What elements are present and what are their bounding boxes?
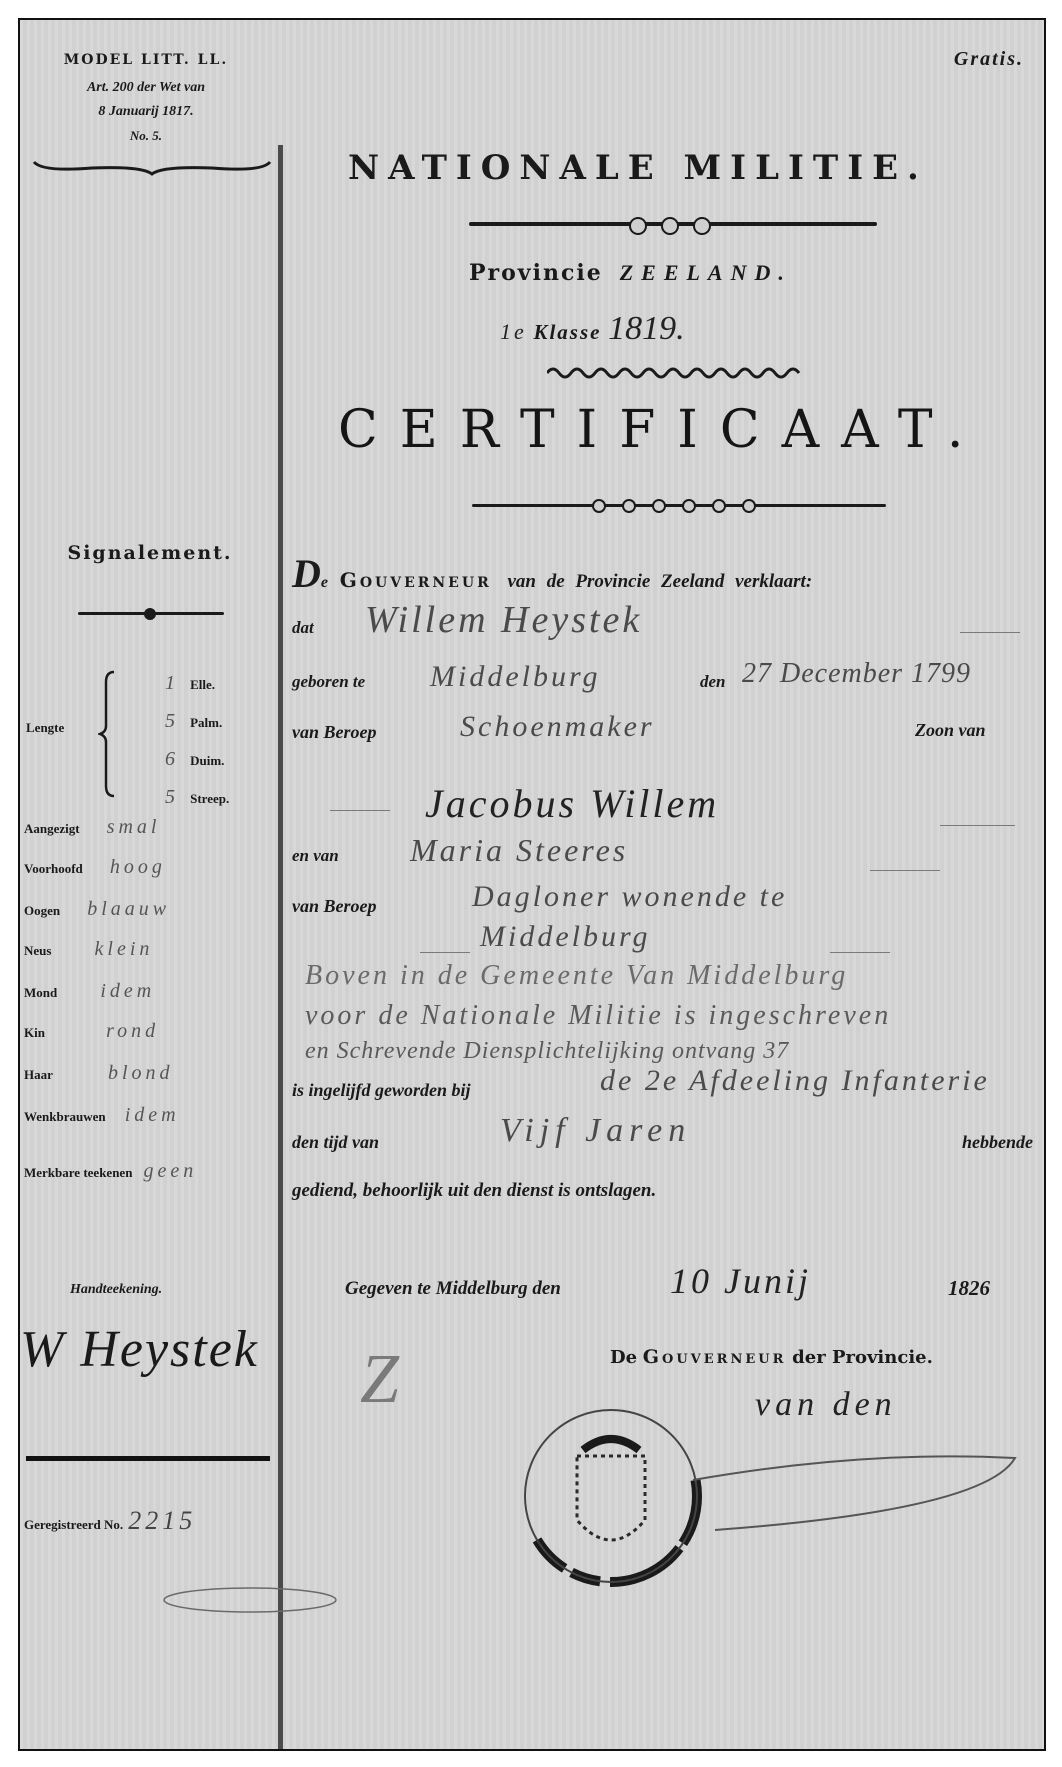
row-value: smal (107, 816, 161, 838)
born-label: geboren te (292, 672, 365, 692)
signalement-row: Neus klein (24, 938, 153, 961)
fill-line (870, 870, 940, 871)
intro-rest: van de Provincie Zeeland verklaart: (507, 571, 812, 592)
governor-pre: De (610, 1347, 637, 1368)
lengte-unit: Elle. (190, 677, 215, 692)
registered-label: Geregistreerd No. (24, 1517, 123, 1532)
fill-line (960, 632, 1020, 633)
intro-initial: D (292, 551, 321, 596)
son-of-label: Zoon van (915, 720, 986, 741)
row-value: geen (144, 1160, 198, 1182)
intro-line: De Gouverneur van de Provincie Zeeland v… (292, 550, 812, 597)
province-line: Provincie ZEELAND. (469, 260, 792, 286)
enlisted-unit: de 2e Afdeeling Infanterie (600, 1064, 990, 1098)
row-label: Haar (24, 1067, 53, 1082)
row-value: blond (108, 1062, 174, 1084)
registered-line: Geregistreerd No. 2215 (24, 1506, 196, 1536)
fill-line (940, 825, 1015, 826)
row-label: Kin (24, 1025, 45, 1040)
annotation-line2: voor de Nationale Militie is ingeschreve… (305, 1000, 891, 1032)
article-line: Art. 200 der Wet van (36, 80, 256, 96)
signalement-row: Kin rond (24, 1020, 159, 1043)
province-name: ZEELAND. (620, 260, 792, 285)
profession: Schoenmaker (460, 710, 655, 744)
annotation-line1: Boven in de Gemeente Van Middelburg (305, 960, 848, 992)
lengte-value: 6 (165, 748, 179, 770)
father-name: Jacobus Willem (425, 780, 719, 827)
klasse-year: 1819. (608, 310, 685, 347)
parents-profession-line1: Dagloner wonende te (472, 880, 787, 914)
signalement-row: Voorhoofd hoog (24, 856, 166, 879)
margin-mark: Z (360, 1340, 402, 1420)
row-label: Neus (24, 943, 51, 958)
service-period: Vijf Jaren (500, 1112, 691, 1150)
profession-label: van Beroep (292, 722, 377, 743)
klasse-line: 1e Klasse 1819. (500, 310, 685, 348)
signalement-row: Mond idem (24, 980, 155, 1003)
annotation-line3: en Schrevende Diensplichtelijking ontvan… (305, 1038, 789, 1065)
parents-profession-label: van Beroep (292, 896, 377, 917)
model-line: MODEL LITT. LL. (36, 52, 256, 68)
governor-line: De Gouverneur der Provincie. (610, 1346, 933, 1368)
lengte-value: 5 (165, 786, 179, 808)
column-divider (278, 145, 283, 1749)
born-date: 27 December 1799 (742, 658, 971, 690)
lengte-bracket-icon (98, 670, 120, 798)
law-date-line: 8 Januarij 1817. (36, 104, 256, 120)
row-value: idem (125, 1104, 180, 1126)
lengte-unit: Palm. (190, 715, 222, 730)
wavy-ornament-icon (547, 366, 807, 380)
born-place: Middelburg (430, 660, 601, 694)
period-label: den tijd van (292, 1132, 379, 1153)
fill-line (330, 810, 390, 811)
signalement-row: Aangezigt smal (24, 816, 161, 839)
governor-title: Gouverneur (643, 1346, 787, 1368)
row-label: Oogen (24, 903, 60, 918)
governor-post: der Provincie. (792, 1347, 933, 1368)
registration-flourish-icon (160, 1580, 340, 1620)
row-label: Wenkbrauwen (24, 1109, 106, 1124)
having-label: hebbende (962, 1132, 1033, 1153)
lengte-row-duim: 6 Duim. (165, 748, 224, 771)
signalement-heading: Signalement. (50, 542, 250, 564)
province-label: Provincie (469, 260, 603, 286)
lengte-unit: Duim. (190, 753, 224, 768)
main-title: NATIONALE MILITIE. (348, 148, 928, 188)
intro-title: Gouverneur (340, 568, 492, 592)
fill-line (420, 952, 470, 953)
certificate-document: MODEL LITT. LL. Art. 200 der Wet van 8 J… (18, 18, 1046, 1751)
klasse-label: Klasse (533, 320, 601, 344)
title-ornament (469, 222, 877, 226)
number-line: No. 5. (36, 128, 256, 144)
holder-name: Willem Heystek (365, 598, 642, 642)
intro-e: e (321, 574, 328, 591)
given-label: Gegeven te Middelburg den (345, 1278, 561, 1300)
signalement-row: Wenkbrauwen idem (24, 1104, 180, 1127)
klasse-prefix: 1e (500, 319, 527, 344)
row-value: klein (95, 938, 154, 960)
left-column-rule (26, 1456, 270, 1461)
lengte-value: 1 (165, 672, 179, 694)
brace-ornament-icon (32, 158, 272, 180)
row-label: Voorhoofd (24, 861, 83, 876)
given-year: 1826 (948, 1276, 990, 1301)
lengte-row-streep: 5 Streep. (165, 786, 229, 809)
row-label: Mond (24, 985, 57, 1000)
registered-number: 2215 (128, 1506, 196, 1535)
born-den-label: den (700, 672, 726, 692)
row-value: idem (100, 980, 155, 1002)
row-label: Merkbare teekenen (24, 1165, 132, 1180)
mother-name: Maria Steeres (410, 832, 628, 869)
seal-icon (515, 1400, 1035, 1610)
lengte-label: Lengte (26, 720, 64, 736)
row-value: rond (106, 1020, 159, 1042)
signalement-row: Oogen blaauw (24, 898, 170, 921)
closing-line: gediend, behoorlijk uit den dienst is on… (292, 1180, 656, 1202)
holder-signature: W Heystek (20, 1320, 259, 1379)
given-date: 10 Junij (670, 1260, 811, 1302)
signature-label: Handteekening. (70, 1282, 162, 1298)
fill-line (830, 952, 890, 953)
signalement-row: Merkbare teekenen geen (24, 1160, 197, 1183)
lengte-row-palm: 5 Palm. (165, 710, 222, 733)
parents-profession-line2: Middelburg (480, 920, 651, 954)
certificate-title: CERTIFICAAT. (338, 400, 985, 460)
row-label: Aangezigt (24, 821, 80, 836)
and-of-label: en van (292, 846, 339, 866)
row-value: hoog (110, 856, 166, 878)
dat-label: dat (292, 618, 314, 638)
certificate-ornament (472, 504, 886, 507)
lengte-value: 5 (165, 710, 179, 732)
enlisted-label: is ingelijfd geworden bij (292, 1080, 471, 1101)
lengte-row-elle: 1 Elle. (165, 672, 215, 695)
signalement-ornament (78, 612, 224, 615)
signalement-row: Haar blond (24, 1062, 174, 1085)
lengte-unit: Streep. (190, 791, 229, 806)
row-value: blaauw (87, 898, 170, 920)
gratis-label: Gratis. (954, 48, 1024, 71)
